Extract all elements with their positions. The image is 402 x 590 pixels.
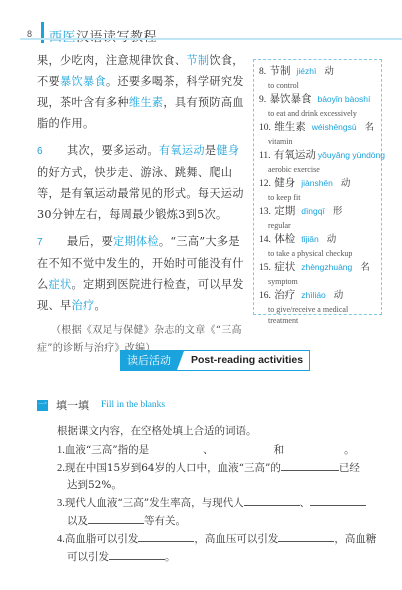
vocab-word: 定期 (274, 205, 295, 217)
vocab-pinyin: tǐjiǎn (301, 234, 318, 244)
vocab-term: 维生素 (129, 96, 163, 109)
vocab-word: 症状 (274, 261, 295, 273)
question-2: 2.现在中国15岁到64岁的人口中，血液“三高”的已经 达到52%。 (37, 459, 382, 494)
paragraph-number: 6 (37, 141, 67, 162)
vocab-item: 14. 体检tǐjiǎn动 to take a physical checkup (259, 232, 381, 259)
vocab-pinyin: bàoyǐn bàoshí (317, 94, 370, 104)
paragraph-continued: 果，少吃肉，注意规律饮食、节制饮食，不要暴饮暴食。还要多喝茶，科学研究发现，茶叶… (37, 50, 245, 134)
text-segment: 是 (205, 144, 217, 157)
vocab-number: 15. (259, 263, 271, 273)
vocab-item: 9. 暴饮暴食bàoyǐn bàoshí to eat and drink ex… (259, 92, 381, 119)
vocab-pos: 动 (341, 178, 351, 189)
vocab-pos: 形 (333, 206, 343, 217)
question-text: ，高血糖 (334, 533, 376, 545)
post-reading-banner: 读后活动 Post-reading activities (120, 350, 310, 371)
vocab-word: 维生素 (274, 121, 306, 133)
vocab-pos: 动 (324, 66, 334, 77)
vocab-english: to take a physical checkup (259, 248, 381, 259)
question-text: 以及 (67, 515, 88, 527)
text-segment: 的好方式，快步走、游泳、跳舞、爬山等，是有氧运动最常见的形式。每天运动30分钟左… (37, 166, 244, 221)
question-4: 4.高血脂可以引发，高血压可以引发，高血糖 可以引发。 (37, 530, 382, 566)
answer-blank[interactable] (138, 530, 194, 542)
vocab-word: 暴饮暴食 (269, 93, 311, 105)
question-number: 4. (57, 534, 65, 545)
answer-blank[interactable] (88, 512, 144, 524)
question-text: 等有关。 (144, 515, 186, 527)
paragraph-7: 7最后，要定期体检。“三高”大多是在不知不觉中发生的，开始时可能没有什么症状。定… (37, 231, 245, 316)
vocab-english: to give/receive a medical treatment (259, 304, 381, 326)
vocab-pos: 动 (334, 290, 344, 301)
vocab-number: 16. (259, 291, 271, 301)
question-1: 1.血液“三高”指的是、和。 (37, 442, 382, 459)
vocab-term: 暴饮暴食 (60, 75, 106, 88)
vocab-item: 11. 有氧运动yǒuyǎng yùndòng aerobic exercise (259, 148, 381, 175)
vocab-term: 治疗 (71, 299, 94, 312)
vocab-pinyin: zhìliáo (301, 290, 326, 300)
text-segment: 。 (94, 299, 106, 312)
question-text: 可以引发 (67, 551, 109, 563)
question-text: 已经 (339, 462, 360, 474)
question-text: 高血脂可以引发 (65, 533, 139, 545)
question-text: 现代人血液“三高”发生率高，与现代人 (65, 497, 244, 509)
vocab-pinyin: dìngqī (301, 206, 325, 216)
vocab-term: 健身 (216, 144, 239, 157)
exercise-instruction: 根据课文内容，在空格处填上合适的词语。 (57, 423, 382, 440)
vocab-english: vitamin (259, 136, 381, 147)
vocab-word: 体检 (274, 233, 295, 245)
vocab-word: 治疗 (274, 289, 295, 301)
question-text: 和 (274, 444, 285, 456)
text-segment: 最后，要 (67, 235, 113, 248)
vocab-item: 16. 治疗zhìliáo动 to give/receive a medical… (259, 288, 381, 326)
vocab-number: 12. (259, 179, 271, 189)
question-text: 。 (344, 444, 355, 456)
vocab-pos: 名 (365, 122, 375, 133)
vocab-item: 15. 症状zhèngzhuàng名 symptom (259, 260, 381, 287)
paragraph-number: 7 (37, 232, 67, 253)
answer-blank[interactable] (281, 459, 339, 471)
vocab-english: regular (259, 220, 381, 231)
vocab-number: 14. (259, 235, 271, 245)
exercise-fill-blanks: 一 填一填 Fill in the blanks 根据课文内容，在空格处填上合适… (37, 397, 382, 566)
vocab-number: 8. (259, 67, 266, 77)
reading-text: 果，少吃肉，注意规律饮食、节制饮食，不要暴饮暴食。还要多喝茶，科学研究发现，茶叶… (37, 50, 245, 358)
vocab-english: symptom (259, 276, 381, 287)
vocab-term: 定期体检 (113, 235, 159, 248)
question-number: 1. (57, 445, 65, 456)
vocabulary-box: 8. 节制jiézhì动 to control 9. 暴饮暴食bàoyǐn bà… (253, 59, 382, 315)
vocab-pinyin: jiànshēn (301, 178, 333, 188)
vocab-item: 10. 维生素wéishēngsù名 vitamin (259, 120, 381, 147)
vocab-pinyin: zhèngzhuàng (301, 262, 352, 272)
vocab-pos: 动 (327, 234, 337, 245)
question-number: 3. (57, 498, 65, 509)
exercise-heading: 一 填一填 Fill in the blanks (37, 397, 382, 413)
vocab-term: 症状 (49, 278, 72, 291)
vocab-english: to keep fit (259, 192, 381, 203)
header-divider (20, 38, 402, 40)
text-segment: 果，少吃肉，注意规律饮食、 (37, 54, 186, 67)
paragraph-6: 6其次，要多运动。有氧运动是健身的好方式，快步走、游泳、跳舞、爬山等，是有氧运动… (37, 140, 245, 225)
question-number: 2. (57, 463, 65, 474)
question-text: 达到52%。 (57, 477, 382, 494)
exercise-title-en: Fill in the blanks (101, 400, 165, 410)
exercise-number-badge: 一 (37, 400, 48, 411)
vocab-number: 10. (259, 123, 271, 133)
vocab-number: 11. (259, 151, 271, 161)
vocab-term: 有氧运动 (159, 144, 205, 157)
vocab-word: 健身 (274, 177, 295, 189)
banner-title-cn: 读后活动 (121, 351, 177, 370)
vocab-item: 13. 定期dìngqī形 regular (259, 204, 381, 231)
exercise-title-cn: 填一填 (56, 397, 89, 413)
vocab-pos: 名 (360, 262, 370, 273)
question-text: 现在中国15岁到64岁的人口中，血液“三高”的 (65, 462, 281, 474)
vocab-pinyin: jiézhì (296, 66, 316, 76)
vocab-number: 9. (259, 95, 266, 105)
vocab-item: 12. 健身jiànshēn动 to keep fit (259, 176, 381, 203)
question-text: 。 (165, 551, 176, 563)
banner-title-en: Post-reading activities (177, 351, 309, 370)
question-text: 血液“三高”指的是 (65, 444, 149, 456)
answer-blank[interactable] (310, 494, 366, 506)
vocab-term: 节制 (186, 54, 209, 67)
answer-blank[interactable] (244, 494, 300, 506)
vocab-english: aerobic exercise (259, 164, 381, 175)
answer-blank[interactable] (278, 530, 334, 542)
book-title: 西医汉语读写教程 (49, 26, 157, 45)
vocab-word: 节制 (269, 65, 290, 77)
vocab-pinyin: yǒuyǎng yùndòng (318, 150, 385, 160)
vocab-word: 有氧运动 (274, 149, 316, 161)
vocab-english: to eat and drink excessively (259, 108, 381, 119)
vocab-number: 13. (259, 207, 271, 217)
vocab-pinyin: wéishēngsù (312, 122, 357, 132)
text-segment: 其次，要多运动。 (67, 144, 159, 157)
question-text: 、 (300, 497, 311, 509)
vocab-english: to control (259, 80, 381, 91)
answer-blank[interactable] (109, 548, 165, 560)
vocab-item: 8. 节制jiézhì动 to control (259, 64, 381, 91)
question-text: ，高血压可以引发 (194, 533, 278, 545)
question-text: 、 (203, 444, 214, 456)
question-3: 3.现代人血液“三高”发生率高，与现代人、 以及等有关。 (37, 494, 382, 530)
